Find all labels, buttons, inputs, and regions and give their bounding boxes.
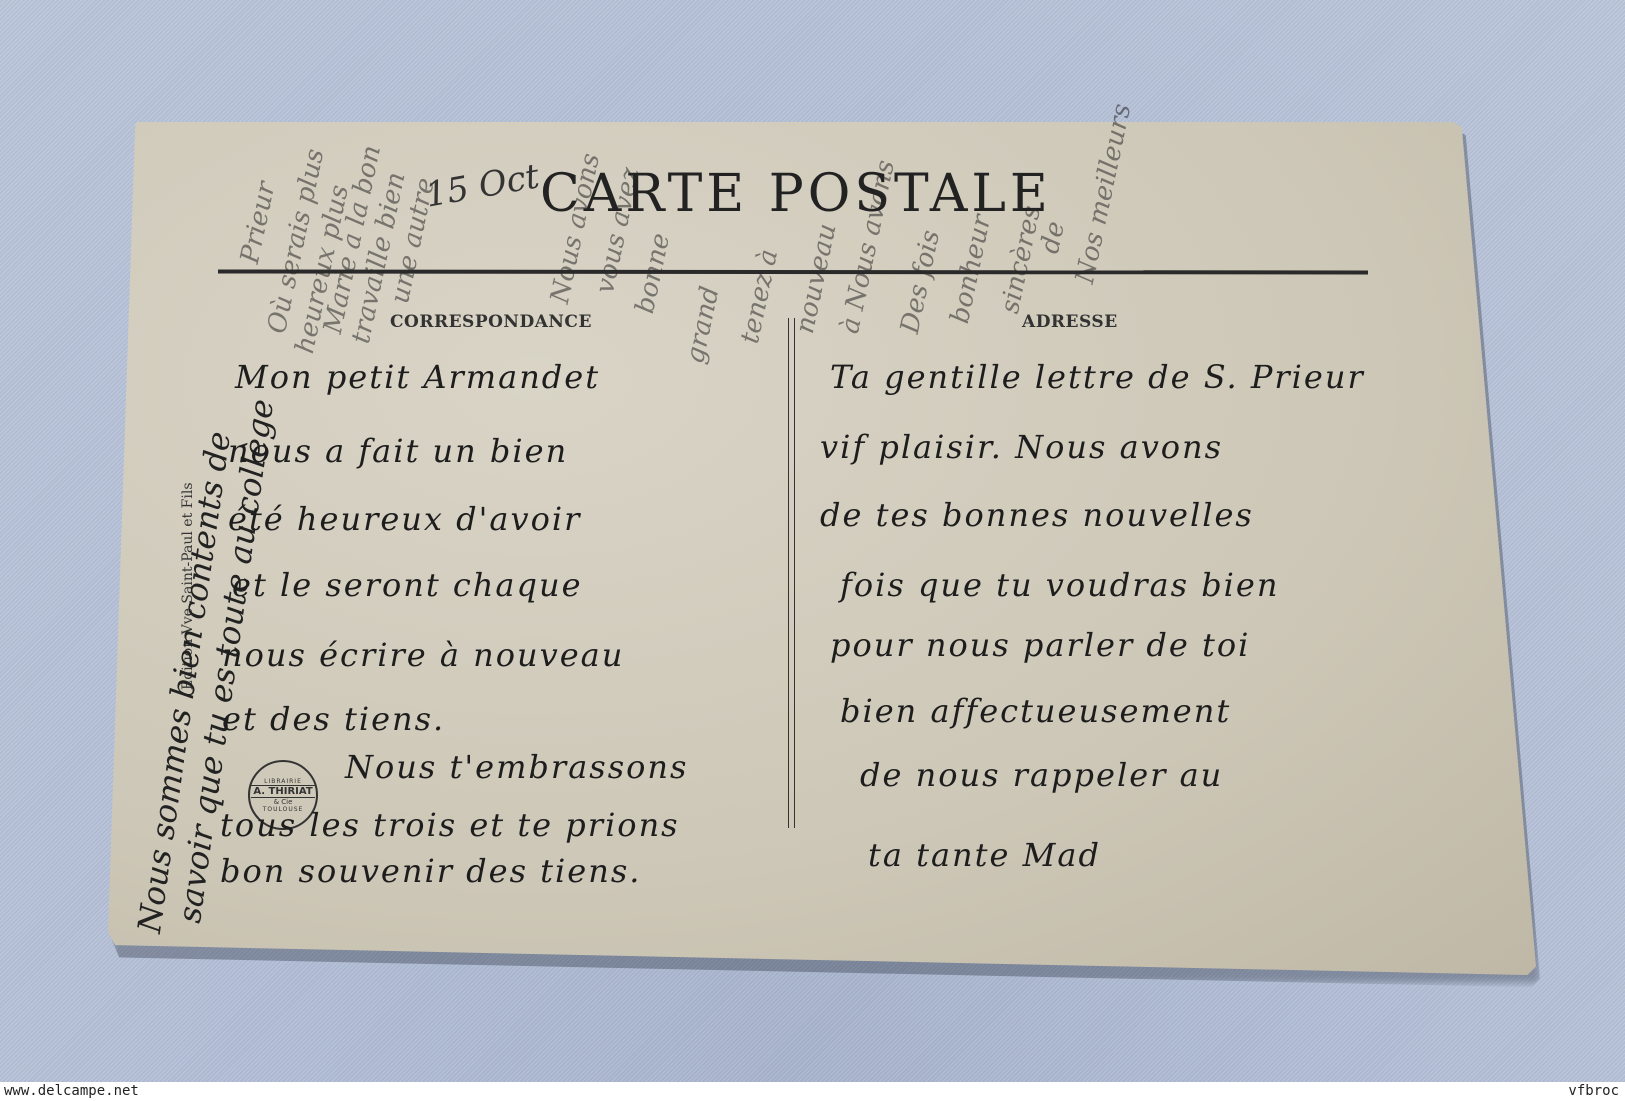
correspondence-label: CORRESPONDANCE [390,312,592,332]
correspondence-line: tous les trois et te prions [220,806,680,844]
address-line: de nous rappeler au [860,756,1223,794]
address-line signature: ta tante Mad [868,836,1101,874]
correspondence-line: et le seront chaque [232,566,583,604]
correspondence-line: nous écrire à nouveau [222,636,624,674]
correspondence-line: et des tiens. [222,700,445,738]
correspondence-line: été heureux d'avoir [228,500,581,538]
footer-bar: www.delcampe.net vfbroc [0,1082,1625,1101]
address-line: vif plaisir. Nous avons [820,428,1223,466]
seller-watermark: vfbroc [1568,1083,1619,1099]
address-label: ADRESSE [1022,312,1118,332]
address-line: bien affectueusement [840,692,1231,730]
center-divider [788,318,795,828]
site-watermark: www.delcampe.net [4,1083,139,1099]
correspondence-line: bon souvenir des tiens. [220,852,641,890]
correspondence-line: nous a fait un bien [228,432,568,470]
address-line: pour nous parler de toi [830,626,1250,664]
stamp-sub: & Cie [274,798,293,806]
photograph: CARTE POSTALE 15 Oct CORRESPONDANCE ADRE… [0,0,1625,1082]
address-line: fois que tu voudras bien [840,566,1279,604]
stamp-top-text: LIBRAIRIE [264,778,302,785]
address-line: de tes bonnes nouvelles [820,496,1254,534]
address-line: Ta gentille lettre de S. Prieur [830,358,1365,396]
correspondence-line: Mon petit Armandet [235,358,600,396]
correspondence-line: Nous t'embrassons [345,748,688,786]
stamp-name: A. THIRIAT [251,785,314,798]
